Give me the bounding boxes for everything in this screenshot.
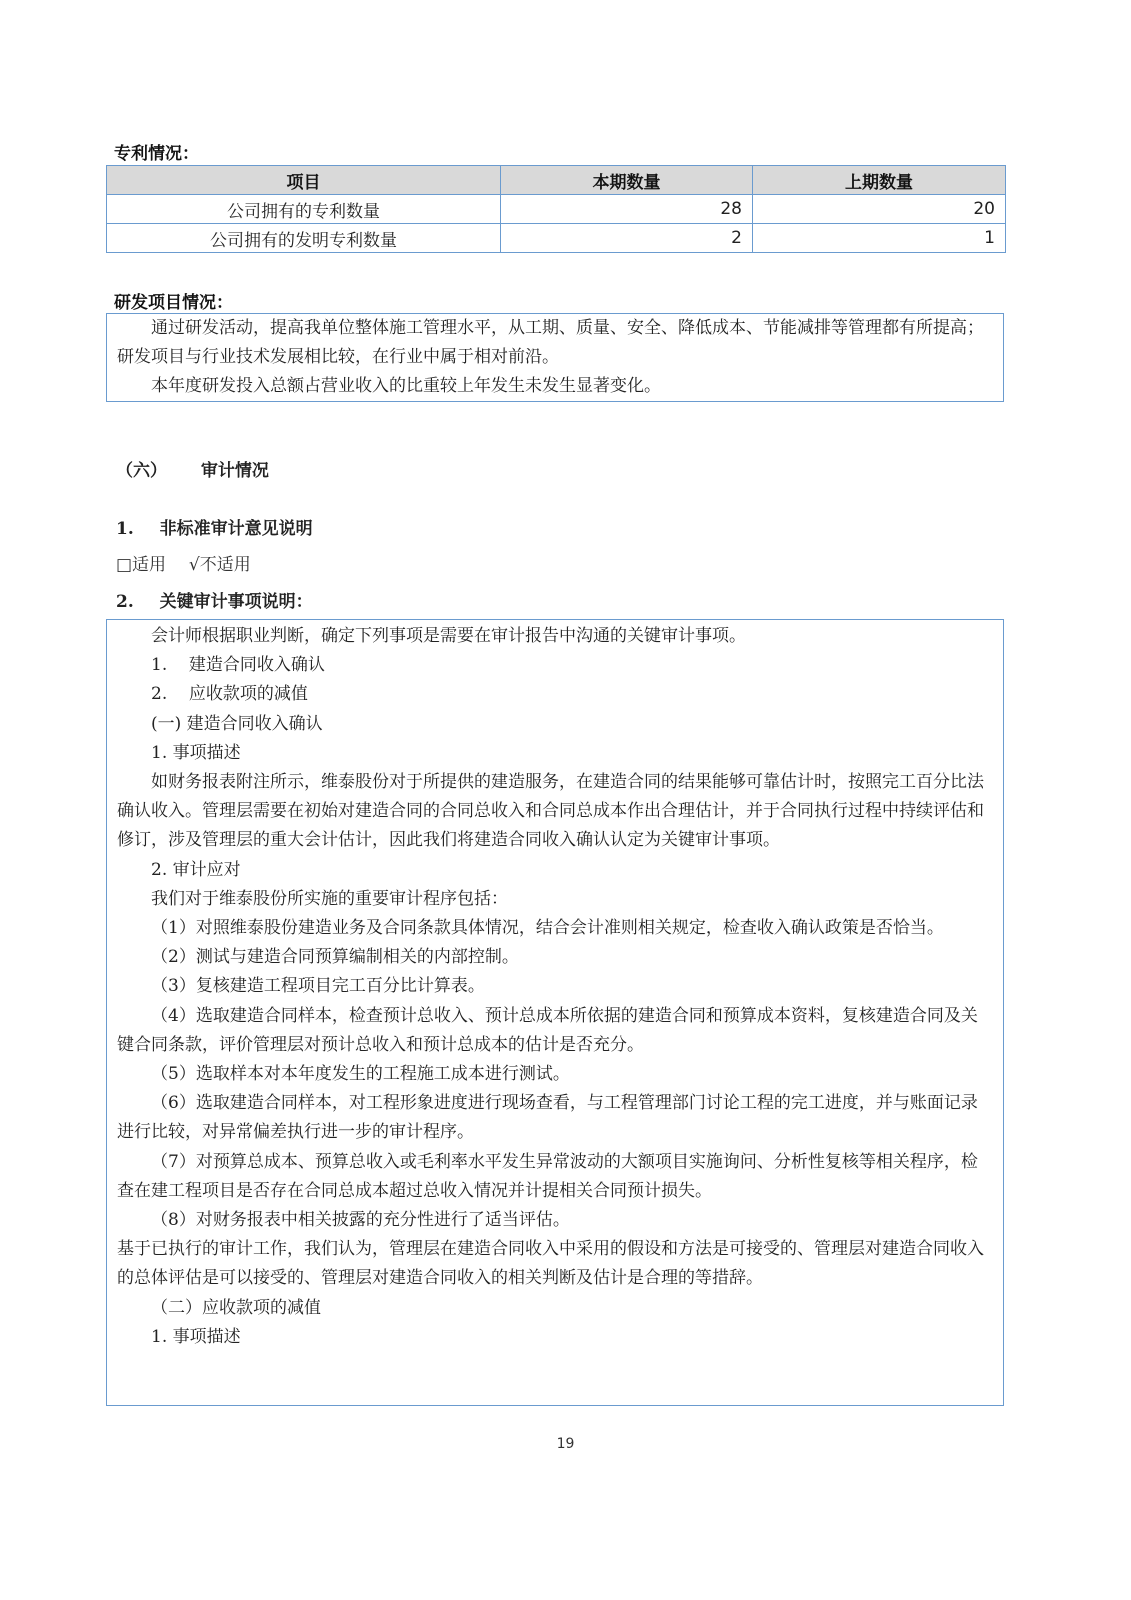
matter-list-item: 2. 应收款项的减值	[117, 680, 993, 709]
patent-table: 项目 本期数量 上期数量 公司拥有的专利数量 28 20 公司拥有的发明专利数量…	[106, 165, 1006, 253]
key-audit-matters-box: 会计师根据职业判断，确定下列事项是需要在审计报告中沟通的关键审计事项。 1. 建…	[106, 619, 1004, 1406]
row-previous-value: 1	[753, 224, 1006, 253]
patent-table-header-row: 项目 本期数量 上期数量	[107, 166, 1006, 195]
item-number: 2.	[116, 592, 134, 612]
rd-paragraph: 通过研发活动，提高我单位整体施工管理水平，从工期、质量、安全、降低成本、节能减排…	[117, 314, 993, 372]
not-applicable-checkmark: √不适用	[189, 555, 251, 575]
audit-section-title: 审计情况	[201, 461, 269, 481]
matter-paragraph: 我们对于维泰股份所实施的重要审计程序包括：	[117, 885, 993, 914]
patent-section-title: 专利情况：	[114, 139, 199, 164]
column-header-current: 本期数量	[501, 166, 753, 195]
row-item: 公司拥有的发明专利数量	[107, 224, 501, 253]
matter-paragraph: 会计师根据职业判断，确定下列事项是需要在审计报告中沟通的关键审计事项。	[117, 622, 993, 651]
matter-subheading: 1. 事项描述	[117, 739, 993, 768]
row-current-value: 2	[501, 224, 753, 253]
procedure-item: （4）选取建造合同样本，检查预计总收入、预计总成本所依据的建造合同和预算成本资料…	[117, 1002, 993, 1060]
rd-section-title: 研发项目情况：	[114, 288, 233, 313]
conclusion-paragraph: 基于已执行的审计工作，我们认为，管理层在建造合同收入中采用的假设和方法是可接受的…	[117, 1235, 993, 1293]
row-previous-value: 20	[753, 195, 1006, 224]
procedure-item: （7）对预算总成本、预算总收入或毛利率水平发生异常波动的大额项目实施询问、分析性…	[117, 1148, 993, 1206]
procedure-item: （1）对照维泰股份建造业务及合同条款具体情况，结合会计准则相关规定，检查收入确认…	[117, 914, 993, 943]
matter-paragraph: 如财务报表附注所示，维泰股份对于所提供的建造服务，在建造合同的结果能够可靠估计时…	[117, 768, 993, 856]
item-title: 非标准审计意见说明	[160, 519, 313, 539]
table-row: 公司拥有的专利数量 28 20	[107, 195, 1006, 224]
procedure-item: （3）复核建造工程项目完工百分比计算表。	[117, 972, 993, 1001]
procedure-item: （8）对财务报表中相关披露的充分性进行了适当评估。	[117, 1206, 993, 1235]
matter-subheading: 2. 审计应对	[117, 856, 993, 885]
row-current-value: 28	[501, 195, 753, 224]
matter-subheading: （二）应收款项的减值	[117, 1294, 993, 1323]
item-title: 关键审计事项说明：	[160, 592, 313, 612]
row-item: 公司拥有的专利数量	[107, 195, 501, 224]
item-number: 1.	[116, 519, 134, 539]
column-header-item: 项目	[107, 166, 501, 195]
rd-description-box: 通过研发活动，提高我单位整体施工管理水平，从工期、质量、安全、降低成本、节能减排…	[106, 313, 1004, 402]
procedure-item: （2）测试与建造合同预算编制相关的内部控制。	[117, 943, 993, 972]
procedure-item: （6）选取建造合同样本，对工程形象进度进行现场查看，与工程管理部门讨论工程的完工…	[117, 1089, 993, 1147]
column-header-previous: 上期数量	[753, 166, 1006, 195]
audit-section-heading: （六） 审计情况	[116, 456, 269, 481]
applicability-line: □适用 √不适用	[116, 550, 251, 575]
key-audit-matters-heading: 2. 关键审计事项说明：	[116, 587, 313, 612]
matter-subheading: (一) 建造合同收入确认	[117, 710, 993, 739]
rd-paragraph: 本年度研发投入总额占营业收入的比重较上年发生未发生显著变化。	[117, 372, 993, 401]
procedure-item: （5）选取样本对本年度发生的工程施工成本进行测试。	[117, 1060, 993, 1089]
matter-list-item: 1. 建造合同收入确认	[117, 651, 993, 680]
non-standard-opinion-heading: 1. 非标准审计意见说明	[116, 514, 313, 539]
page-number: 19	[0, 1436, 1131, 1452]
table-row: 公司拥有的发明专利数量 2 1	[107, 224, 1006, 253]
matter-subheading: 1. 事项描述	[117, 1323, 993, 1352]
audit-section-number: （六）	[116, 461, 167, 481]
applicable-checkbox: □适用	[116, 555, 166, 575]
